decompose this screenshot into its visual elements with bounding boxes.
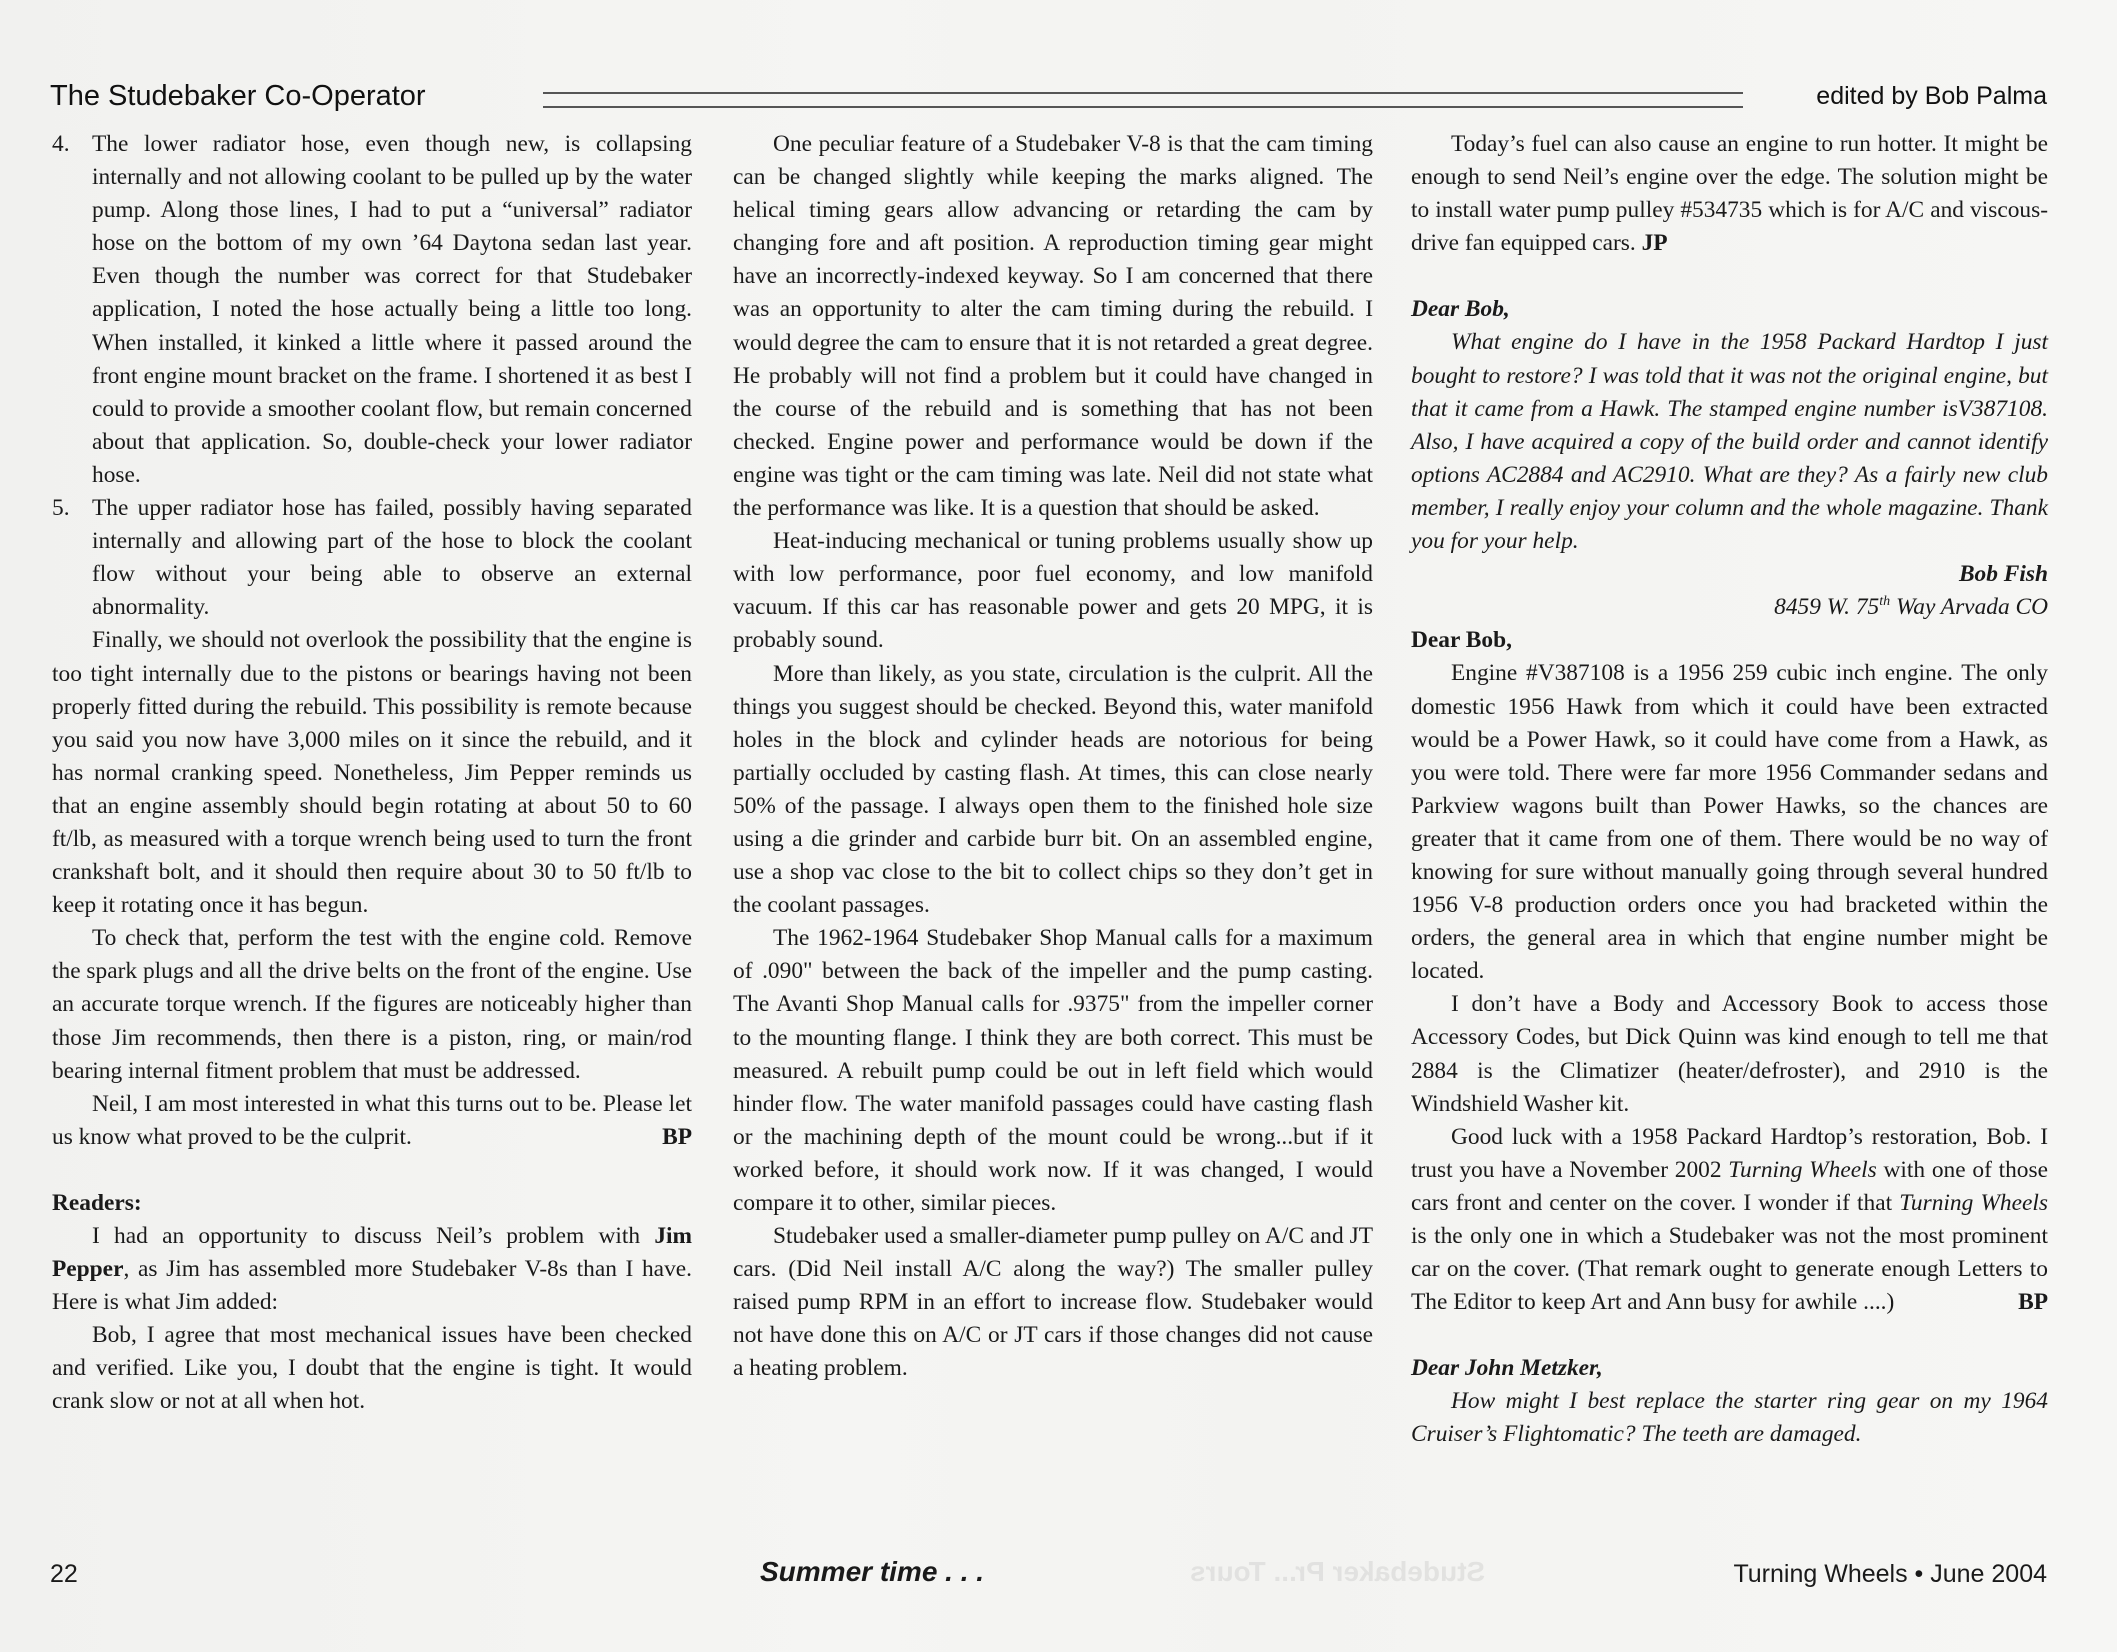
magazine-title: Turning Wheels (1728, 1157, 1876, 1183)
paragraph-likely: More than likely, as you state, circulat… (733, 658, 1373, 923)
item-text: The upper radiator hose has failed, poss… (92, 492, 692, 624)
reply-paragraph-1: Engine #V387108 is a 1956 259 cubic inch… (1411, 657, 2048, 988)
letter-body: How might I best replace the starter rin… (1411, 1385, 2048, 1451)
reply-paragraph-2: I don’t have a Body and Accessory Book t… (1411, 988, 2048, 1120)
item-number: 4. (52, 128, 70, 161)
signature-jp: JP (1642, 230, 1668, 256)
page-header: The Studebaker Co-Operator edited by Bob… (50, 80, 2047, 120)
paragraph-bob-agree: Bob, I agree that most mechanical issues… (52, 1319, 692, 1418)
letter-salutation: Dear John Metzker, (1411, 1352, 2048, 1385)
reply-salutation: Dear Bob, (1411, 624, 2048, 657)
letter-address: 8459 W. 75th Way Arvada CO (1411, 591, 2048, 624)
column-1: 4. The lower radiator hose, even though … (52, 128, 692, 1419)
column-title: The Studebaker Co-Operator (50, 80, 426, 113)
paragraph-manual: The 1962-1964 Studebaker Shop Manual cal… (733, 922, 1373, 1220)
paragraph-check: To check that, perform the test with the… (52, 922, 692, 1087)
magazine-page: The Studebaker Co-Operator edited by Bob… (0, 0, 2117, 1652)
paragraph-readers: I had an opportunity to discuss Neil’s p… (52, 1220, 692, 1319)
publication-footer: Turning Wheels • June 2004 (1733, 1560, 2047, 1589)
letter-salutation: Dear Bob, (1411, 293, 2048, 326)
column-3: Today’s fuel can also cause an engine to… (1411, 128, 2048, 1452)
readers-heading: Readers: (52, 1187, 692, 1220)
paragraph-fuel: Today’s fuel can also cause an engine to… (1411, 128, 2048, 260)
signature-bp: BP (622, 1121, 692, 1154)
paragraph-finally: Finally, we should not overlook the poss… (52, 624, 692, 922)
item-text: The lower radiator hose, even though new… (92, 128, 692, 492)
paragraph-neil: Neil, I am most interested in what this … (52, 1088, 692, 1154)
letter-signer: Bob Fish (1411, 558, 2048, 591)
reply-paragraph-3: Good luck with a 1958 Packard Hardtop’s … (1411, 1121, 2048, 1320)
numbered-item-4: 4. The lower radiator hose, even though … (52, 128, 692, 492)
numbered-item-5: 5. The upper radiator hose has failed, p… (52, 492, 692, 624)
bleed-through-text: Studebaker Pr... Tours (1190, 1556, 1485, 1588)
page-number: 22 (50, 1560, 78, 1589)
paragraph-peculiar: One peculiar feature of a Studebaker V-8… (733, 128, 1373, 525)
editor-credit: edited by Bob Palma (1816, 82, 2047, 111)
magazine-title: Turning Wheels (1899, 1190, 2048, 1216)
signature-bp: BP (1978, 1286, 2048, 1319)
letter-body: What engine do I have in the 1958 Packar… (1411, 326, 2048, 558)
paragraph-pulley: Studebaker used a smaller-diameter pump … (733, 1220, 1373, 1385)
item-number: 5. (52, 492, 70, 525)
header-double-rule (543, 92, 1743, 108)
footer-caption: Summer time . . . (760, 1556, 984, 1588)
paragraph-heat: Heat-inducing mechanical or tuning probl… (733, 525, 1373, 657)
column-2: One peculiar feature of a Studebaker V-8… (733, 128, 1373, 1386)
